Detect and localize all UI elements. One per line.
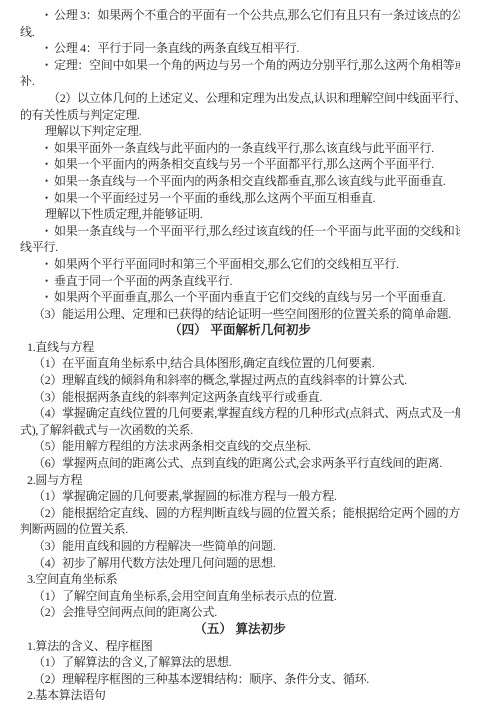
text-line: （2）能根据给定直线、圆的方程判断直线与圆的位置关系；能根据给定两个圆的方程: [20, 505, 460, 522]
text-line: （3）能用直线和圆的方程解决一些简单的问题.: [20, 538, 460, 555]
text-line: （3）能运用公理、定理和已获得的结论证明一些空间图形的位置关系的简单命题.: [20, 306, 460, 323]
bullet-icon: •: [45, 57, 54, 74]
document-page: •公理 3：如果两个不重合的平面有一个公共点,那么它们有且只有一条过该点的公共直…: [0, 0, 478, 711]
text-line: 2.基本算法语句: [20, 687, 460, 704]
bullet-icon: •: [45, 7, 54, 24]
document-body: •公理 3：如果两个不重合的平面有一个公共点,那么它们有且只有一条过该点的公共直…: [0, 0, 478, 704]
bullet-icon: •: [45, 190, 54, 207]
text-line: （5）能用解方程组的方法求两条相交直线的交点坐标.: [20, 438, 460, 455]
text-line: •如果一个平面经过另一个平面的垂线,那么这两个平面互相垂直.: [20, 190, 460, 207]
bullet-text: 如果平面外一条直线与此平面内的一条直线平行,那么该直线与此平面平行.: [54, 141, 434, 155]
bullet-icon: •: [45, 156, 54, 173]
bullet-icon: •: [45, 223, 54, 240]
section-heading: （五） 算法初步: [20, 621, 460, 638]
bullet-icon: •: [45, 140, 54, 157]
text-line: •如果一个平面内的两条相交直线与另一个平面都平行,那么这两个平面平行.: [20, 156, 460, 173]
text-line: （1）在平面直角坐标系中,结合具体图形,确定直线位置的几何要素.: [20, 355, 460, 372]
bullet-text: 定理：空间中如果一个角的两边与另一个角的两边分别平行,那么这两个角相等或互: [54, 58, 460, 72]
bullet-icon: •: [45, 289, 54, 306]
bullet-text: 垂直于同一个平面的两条直线平行.: [54, 274, 232, 288]
text-line: （2）理解程序框图的三种基本逻辑结构：顺序、条件分支、循环.: [20, 671, 460, 688]
bullet-text: 如果两个平面垂直,那么一个平面内垂直于它们交线的直线与另一个平面垂直.: [54, 290, 446, 304]
bullet-text: 公理 3：如果两个不重合的平面有一个公共点,那么它们有且只有一条过该点的公共直: [54, 8, 460, 22]
text-line: 理解以下判定定理.: [20, 123, 460, 140]
text-line: 1.算法的含义、程序框图: [20, 638, 460, 655]
bullet-icon: •: [45, 173, 54, 190]
text-line: 的有关性质与判定定理.: [20, 107, 460, 124]
bullet-text: 如果一条直线与一个平面平行,那么经过该直线的任一个平面与此平面的交线和该直: [54, 224, 460, 238]
bullet-text: 如果两个平行平面同时和第三个平面相交,那么它们的交线相互平行.: [54, 257, 399, 271]
section-heading: （四） 平面解析几何初步: [20, 322, 460, 339]
text-line: （2）以立体几何的上述定义、公理和定理为出发点,认识和理解空间中线面平行、垂直: [20, 90, 460, 107]
text-line: 判断两圆的位置关系.: [20, 521, 460, 538]
text-line: 式),了解斜截式与一次函数的关系.: [20, 422, 460, 439]
text-line: •如果两个平面垂直,那么一个平面内垂直于它们交线的直线与另一个平面垂直.: [20, 289, 460, 306]
bullet-text: 公理 4：平行于同一条直线的两条直线互相平行.: [54, 41, 299, 55]
text-line: （1）掌握确定圆的几何要素,掌握圆的标准方程与一般方程.: [20, 488, 460, 505]
text-line: 线平行.: [20, 239, 460, 256]
text-line: •如果两个平行平面同时和第三个平面相交,那么它们的交线相互平行.: [20, 256, 460, 273]
bullet-icon: •: [45, 256, 54, 273]
bullet-icon: •: [45, 273, 54, 290]
text-line: 理解以下性质定理,并能够证明.: [20, 206, 460, 223]
bullet-text: 如果一个平面经过另一个平面的垂线,那么这两个平面互相垂直.: [54, 191, 375, 205]
text-line: •定理：空间中如果一个角的两边与另一个角的两边分别平行,那么这两个角相等或互: [20, 57, 460, 74]
text-line: （1）了解算法的含义,了解算法的思想.: [20, 654, 460, 671]
text-line: 2.圆与方程: [20, 472, 460, 489]
text-line: 补.: [20, 73, 460, 90]
text-line: •如果一条直线与一个平面内的两条相交直线都垂直,那么该直线与此平面垂直.: [20, 173, 460, 190]
text-line: •如果一条直线与一个平面平行,那么经过该直线的任一个平面与此平面的交线和该直: [20, 223, 460, 240]
text-line: 3.空间直角坐标系: [20, 571, 460, 588]
bullet-text: 如果一条直线与一个平面内的两条相交直线都垂直,那么该直线与此平面垂直.: [54, 174, 446, 188]
text-line: •垂直于同一个平面的两条直线平行.: [20, 273, 460, 290]
text-line: •公理 3：如果两个不重合的平面有一个公共点,那么它们有且只有一条过该点的公共直: [20, 7, 460, 24]
text-line: （4）初步了解用代数方法处理几何问题的思想.: [20, 555, 460, 572]
text-line: 线.: [20, 24, 460, 41]
text-line: （4）掌握确定直线位置的几何要素,掌握直线方程的几种形式(点斜式、两点式及一般: [20, 405, 460, 422]
text-line: •公理 4：平行于同一条直线的两条直线互相平行.: [20, 40, 460, 57]
text-line: （6）掌握两点间的距离公式、点到直线的距离公式,会求两条平行直线间的距离.: [20, 455, 460, 472]
text-line: （3）能根据两条直线的斜率判定这两条直线平行或垂直.: [20, 389, 460, 406]
bullet-icon: •: [45, 40, 54, 57]
text-line: （2）理解直线的倾斜角和斜率的概念,掌握过两点的直线斜率的计算公式.: [20, 372, 460, 389]
text-line: （2）会推导空间两点间的距离公式.: [20, 604, 460, 621]
text-line: 1.直线与方程: [20, 339, 460, 356]
bullet-text: 如果一个平面内的两条相交直线与另一个平面都平行,那么这两个平面平行.: [54, 157, 434, 171]
text-line: •如果平面外一条直线与此平面内的一条直线平行,那么该直线与此平面平行.: [20, 140, 460, 157]
text-line: （1）了解空间直角坐标系,会用空间直角坐标表示点的位置.: [20, 588, 460, 605]
